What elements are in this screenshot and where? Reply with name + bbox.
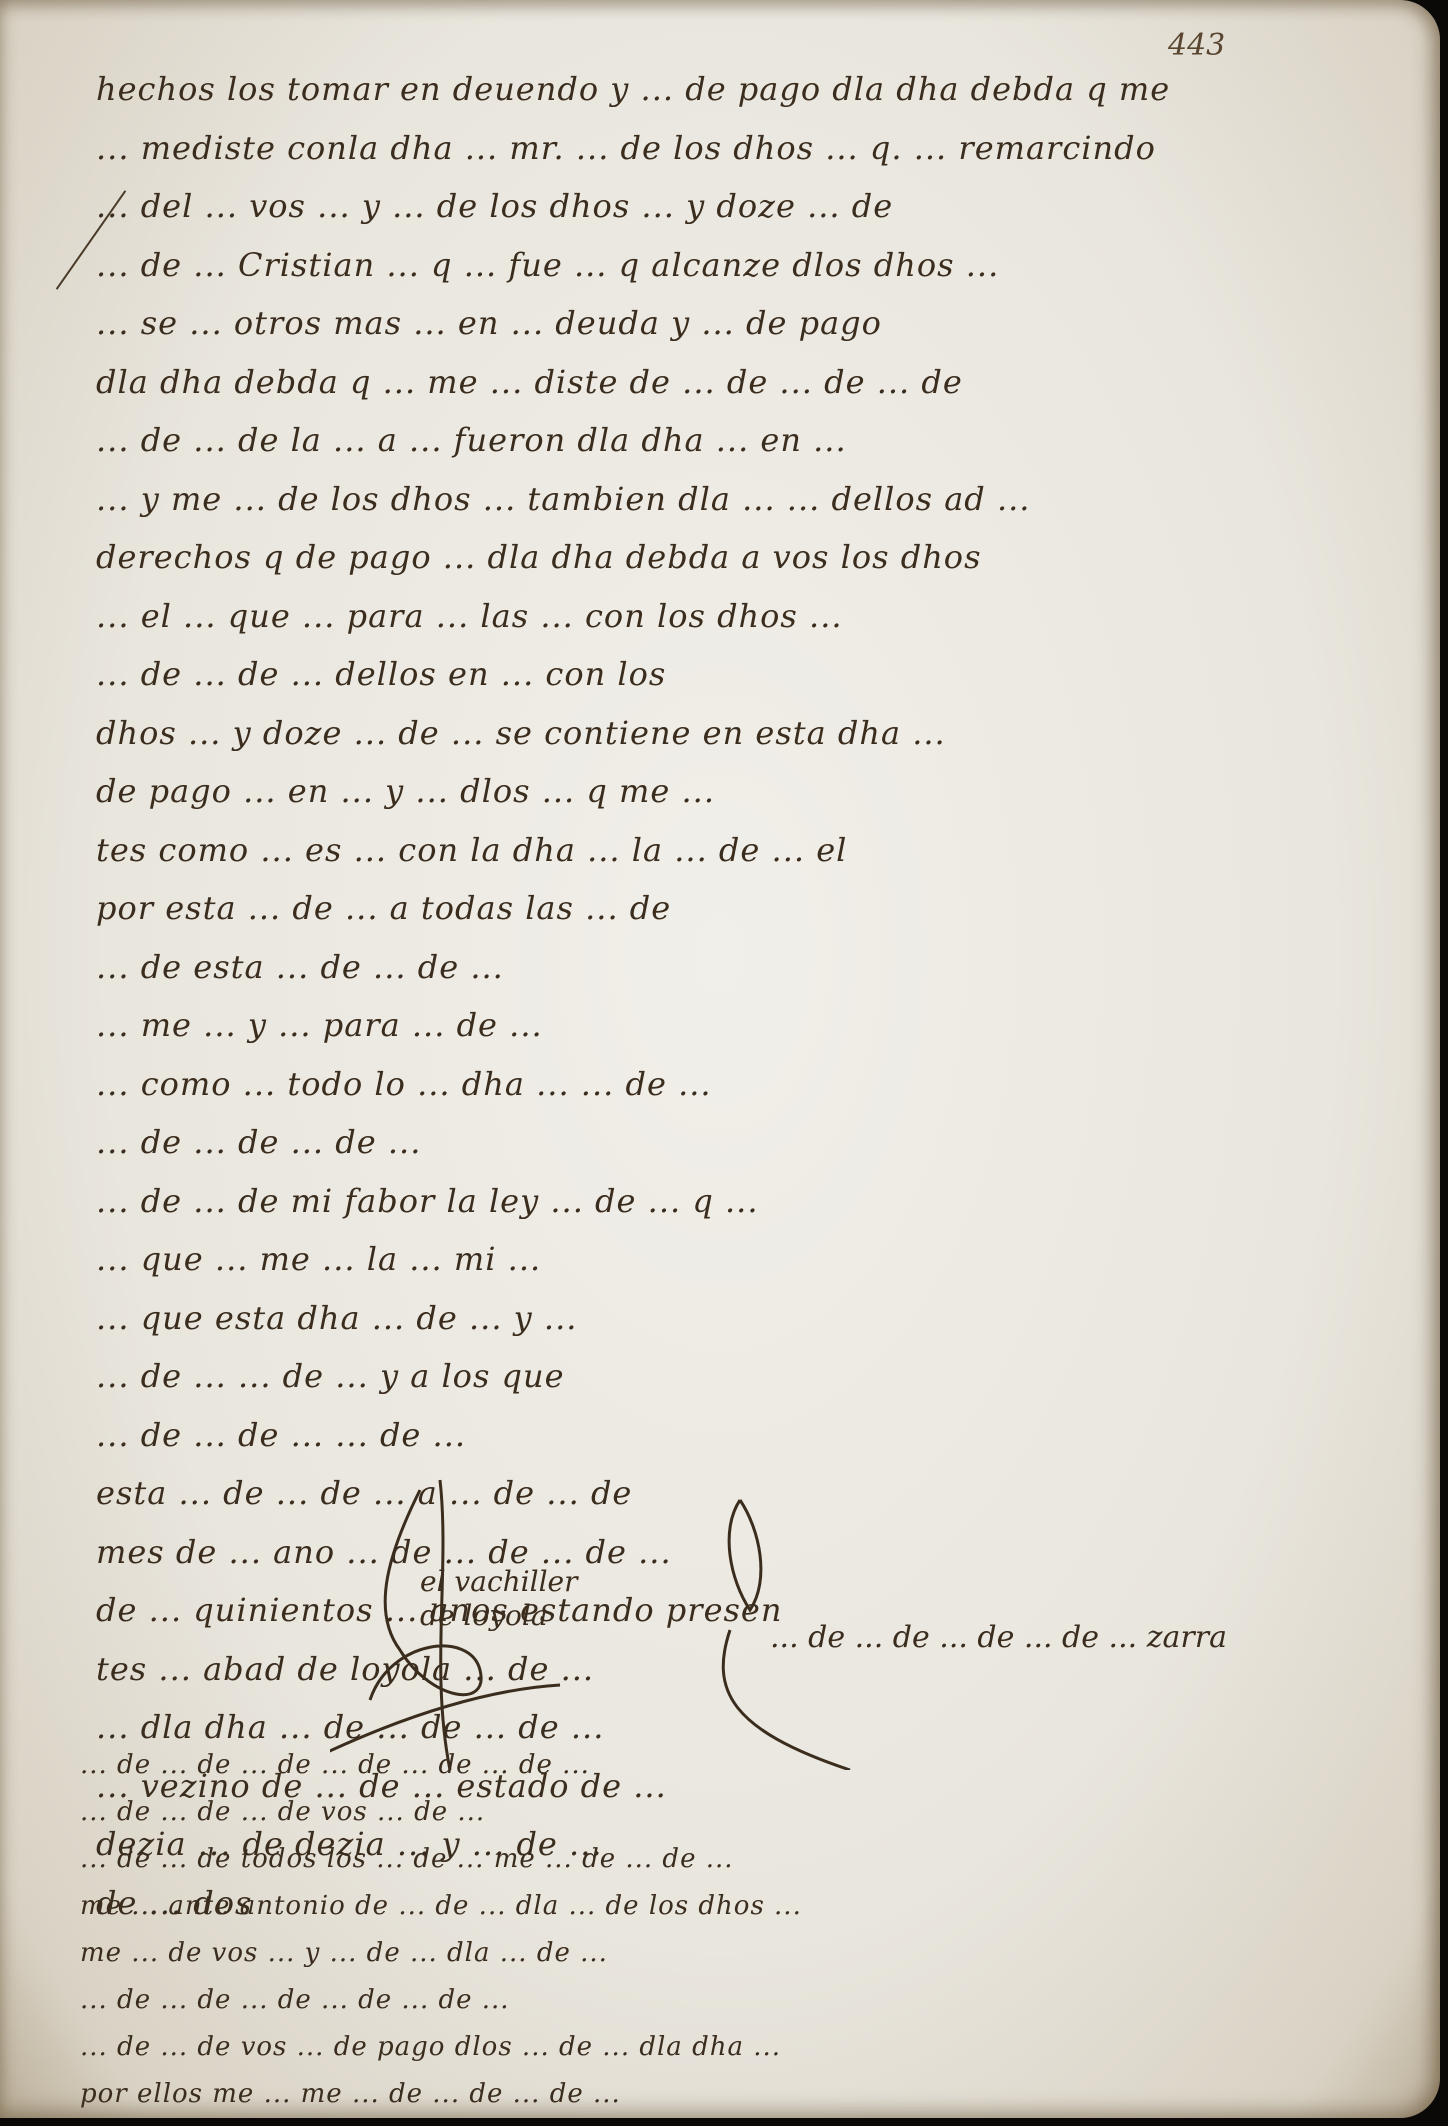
text-line: ... se ... otros mas ... en ... deuda y … bbox=[96, 294, 1416, 353]
text-line: ... de ... de ... de vos ... de ... bbox=[80, 1789, 1420, 1836]
text-line: ... el ... que ... para ... las ... con … bbox=[96, 587, 1416, 646]
text-line: hechos los tomar en deuendo y ... de pag… bbox=[96, 60, 1416, 119]
text-line: ... y me ... de los dhos ... tambien dla… bbox=[96, 470, 1416, 529]
text-line: ... de ... de la ... a ... fueron dla dh… bbox=[96, 411, 1416, 470]
text-line: ... de ... de ... de ... de ... de ... bbox=[80, 1977, 1420, 2024]
text-line: me ... de vos ... y ... de ... dla ... d… bbox=[80, 1930, 1420, 1977]
text-line: ... que ... me ... la ... mi ... bbox=[96, 1230, 1416, 1289]
signature-area: el vachiller de loyola ... de ... de ...… bbox=[330, 1470, 1430, 1770]
text-line: ... de esta ... de ... de ... bbox=[96, 938, 1416, 997]
text-line: tes como ... es ... con la dha ... la ..… bbox=[96, 821, 1416, 880]
text-line: ... que esta dha ... de ... y ... bbox=[96, 1289, 1416, 1348]
text-line: por ellos me ... me ... de ... de ... de… bbox=[80, 2071, 1420, 2118]
text-line: ... de ... de ... dellos en ... con los bbox=[96, 645, 1416, 704]
text-line: ... me ... y ... para ... de ... bbox=[96, 996, 1416, 1055]
signature-right: ... de ... de ... de ... de ... zarra bbox=[770, 1620, 1227, 1655]
text-line: por esta ... de ... a todas las ... de bbox=[96, 879, 1416, 938]
text-line: ... de ... de ... ... de ... bbox=[96, 1406, 1416, 1465]
text-line: derechos q de pago ... dla dha debda a v… bbox=[96, 528, 1416, 587]
text-line: ... del ... vos ... y ... de los dhos ..… bbox=[96, 177, 1416, 236]
text-line: ... de ... Cristian ... q ... fue ... q … bbox=[96, 236, 1416, 295]
manuscript-page: 443 hechos los tomar en deuendo y ... de… bbox=[0, 0, 1440, 2118]
text-line: ... como ... todo lo ... dha ... ... de … bbox=[96, 1055, 1416, 1114]
text-line: ... de ... de mi fabor la ley ... de ...… bbox=[96, 1172, 1416, 1231]
footer-text-block: ... de ... de ... de ... de ... de ... d… bbox=[80, 1742, 1420, 2118]
text-line: ... de ... de ... de ... bbox=[96, 1113, 1416, 1172]
text-line: ... mediste conla dha ... mr. ... de los… bbox=[96, 119, 1416, 178]
text-line: dla dha debda q ... me ... diste de ... … bbox=[96, 353, 1416, 412]
text-line: me ... ante antonio de ... de ... dla ..… bbox=[80, 1883, 1420, 1930]
text-line: ... de ... de vos ... de pago dlos ... d… bbox=[80, 2024, 1420, 2071]
text-line: ... de ... de todos los ... de ... me ..… bbox=[80, 1836, 1420, 1883]
text-line: ... de ... de ... de ... de ... de ... d… bbox=[80, 1742, 1420, 1789]
signature-left: el vachiller de loyola bbox=[420, 1565, 577, 1633]
text-line: de pago ... en ... y ... dlos ... q me .… bbox=[96, 762, 1416, 821]
text-line: dhos ... y doze ... de ... se contiene e… bbox=[96, 704, 1416, 763]
folio-number: 443 bbox=[1168, 28, 1225, 63]
text-line: ... de ... ... de ... y a los que bbox=[96, 1347, 1416, 1406]
